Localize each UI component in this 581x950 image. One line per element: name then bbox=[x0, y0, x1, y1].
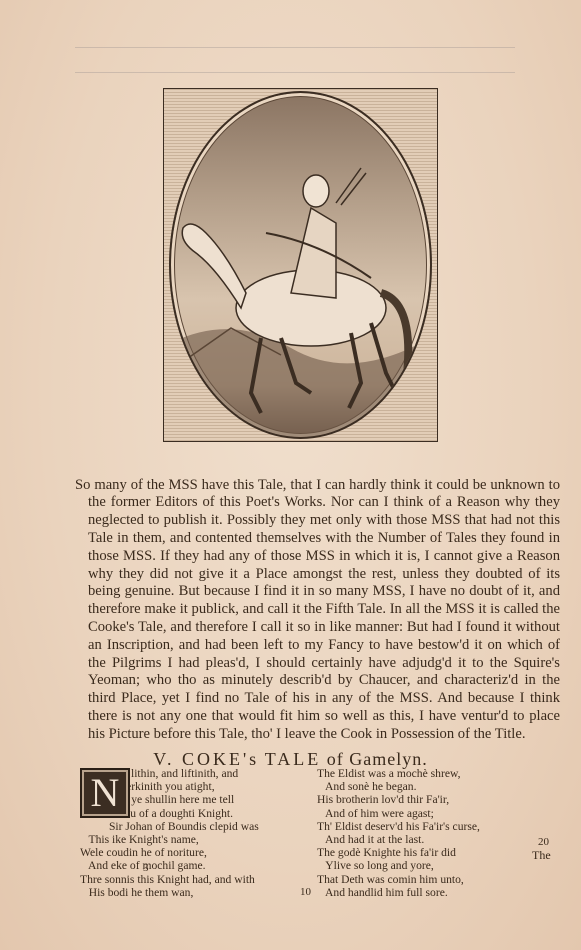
tale-word: TALE bbox=[265, 749, 322, 769]
show-through-rule bbox=[75, 47, 515, 48]
show-through-rule bbox=[75, 72, 515, 73]
editorial-note-paragraph: So many of the MSS have this Tale, that … bbox=[75, 477, 560, 744]
tale-number: V. COKE's bbox=[153, 749, 259, 769]
line-number-20: 20 bbox=[538, 836, 549, 848]
book-page: So many of the MSS have this Tale, that … bbox=[0, 0, 581, 950]
verse-column-right: The Eldist was a mochè shrew, And sonè h… bbox=[317, 767, 480, 899]
portrait-oval bbox=[169, 91, 432, 439]
horseman-engraving-icon bbox=[171, 93, 430, 437]
catchword: The bbox=[532, 848, 551, 863]
signature-mark: 3 bbox=[143, 862, 149, 874]
decorated-drop-cap: N bbox=[80, 768, 130, 818]
line-number-10: 10 bbox=[300, 886, 311, 898]
tale-subtitle: of Gamelyn. bbox=[327, 749, 428, 769]
engraved-plate bbox=[163, 88, 438, 442]
